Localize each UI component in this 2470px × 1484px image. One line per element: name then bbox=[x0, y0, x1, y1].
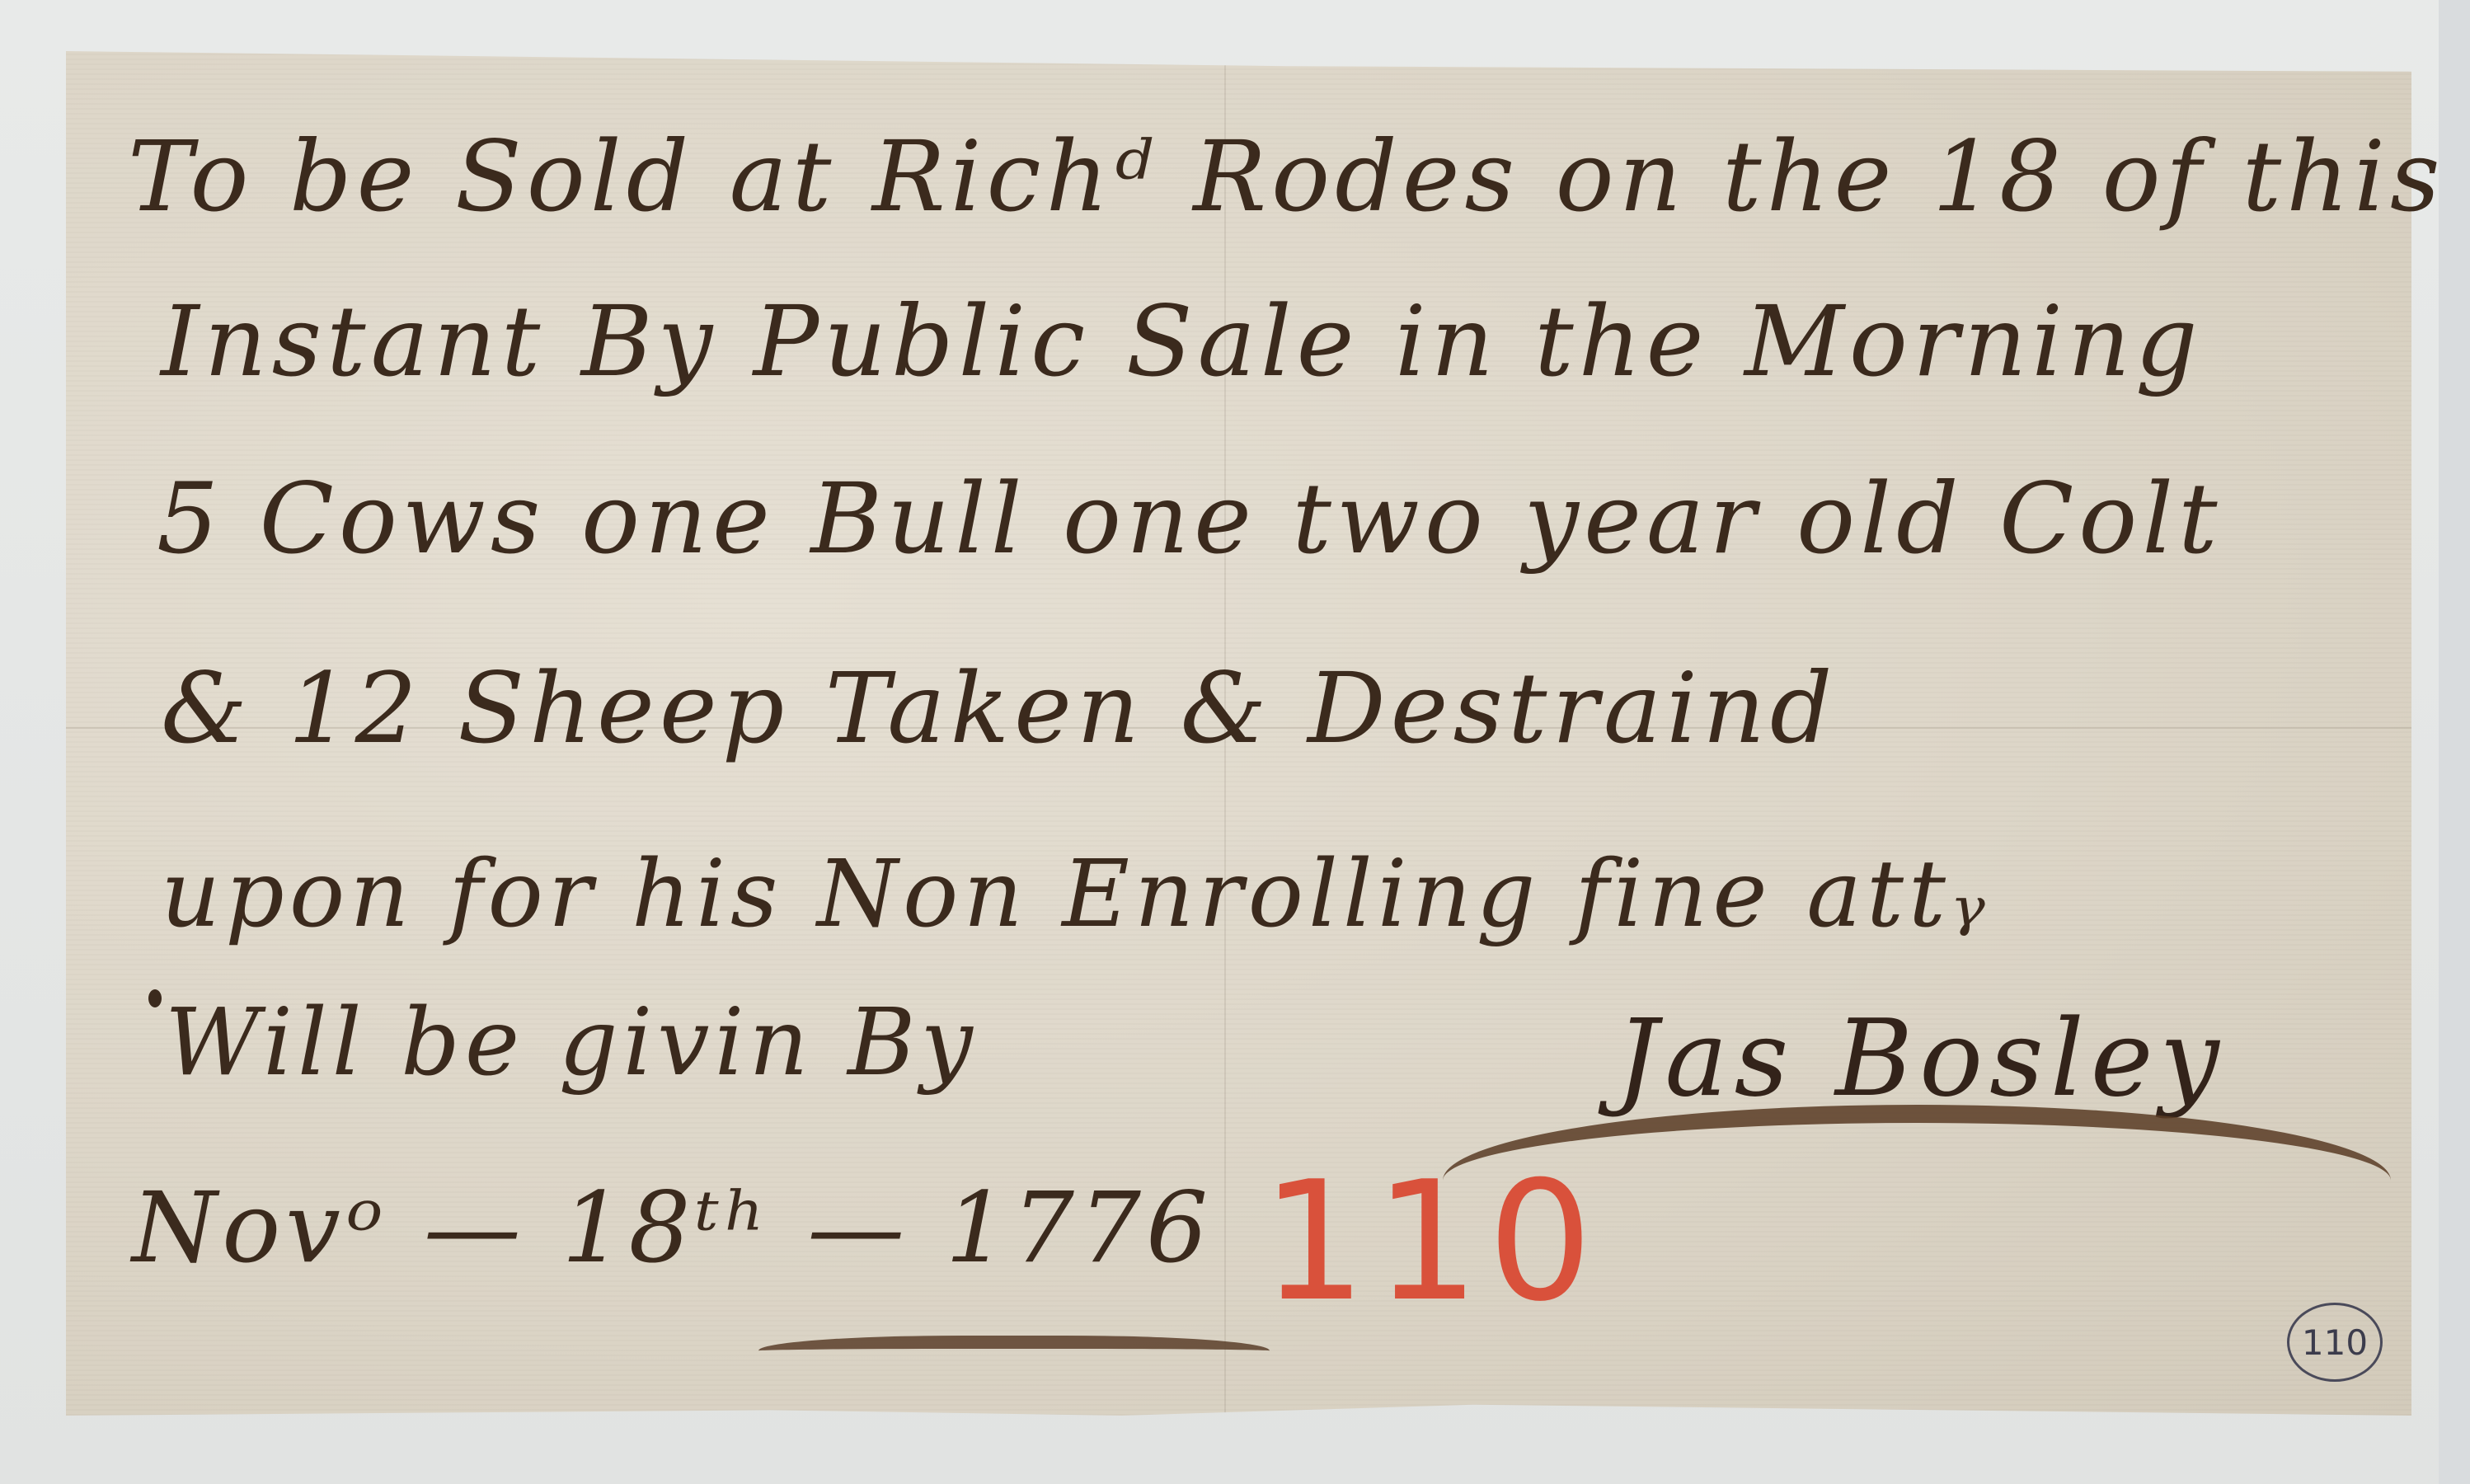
text-line-3: 5 Cows one Bull one two year old Colt bbox=[157, 462, 2222, 575]
signature: Jas Bosley bbox=[1616, 998, 2226, 1120]
date-underline-flourish bbox=[758, 1336, 1270, 1374]
text-line-4: & 12 Sheep Taken & Destraind bbox=[161, 651, 1837, 765]
ink-blot bbox=[148, 989, 162, 1007]
text-line-6: Will be givin By bbox=[165, 989, 978, 1097]
red-catalog-number: 110 bbox=[1261, 1146, 1601, 1338]
pencil-number-text: 110 bbox=[2302, 1322, 2368, 1363]
text-line-5: upon for his Non Enrolling fine attᵧ bbox=[161, 841, 1990, 948]
circled-pencil-number: 110 bbox=[2287, 1303, 2383, 1382]
date-line: Novᵒ — 18ᵗʰ — 1776 bbox=[132, 1171, 1213, 1284]
text-line-2: Instant By Public Sale in the Morning bbox=[161, 284, 2203, 398]
text-line-1: To be Sold at Richᵈ Rodes on the 18 of t… bbox=[128, 120, 2445, 233]
